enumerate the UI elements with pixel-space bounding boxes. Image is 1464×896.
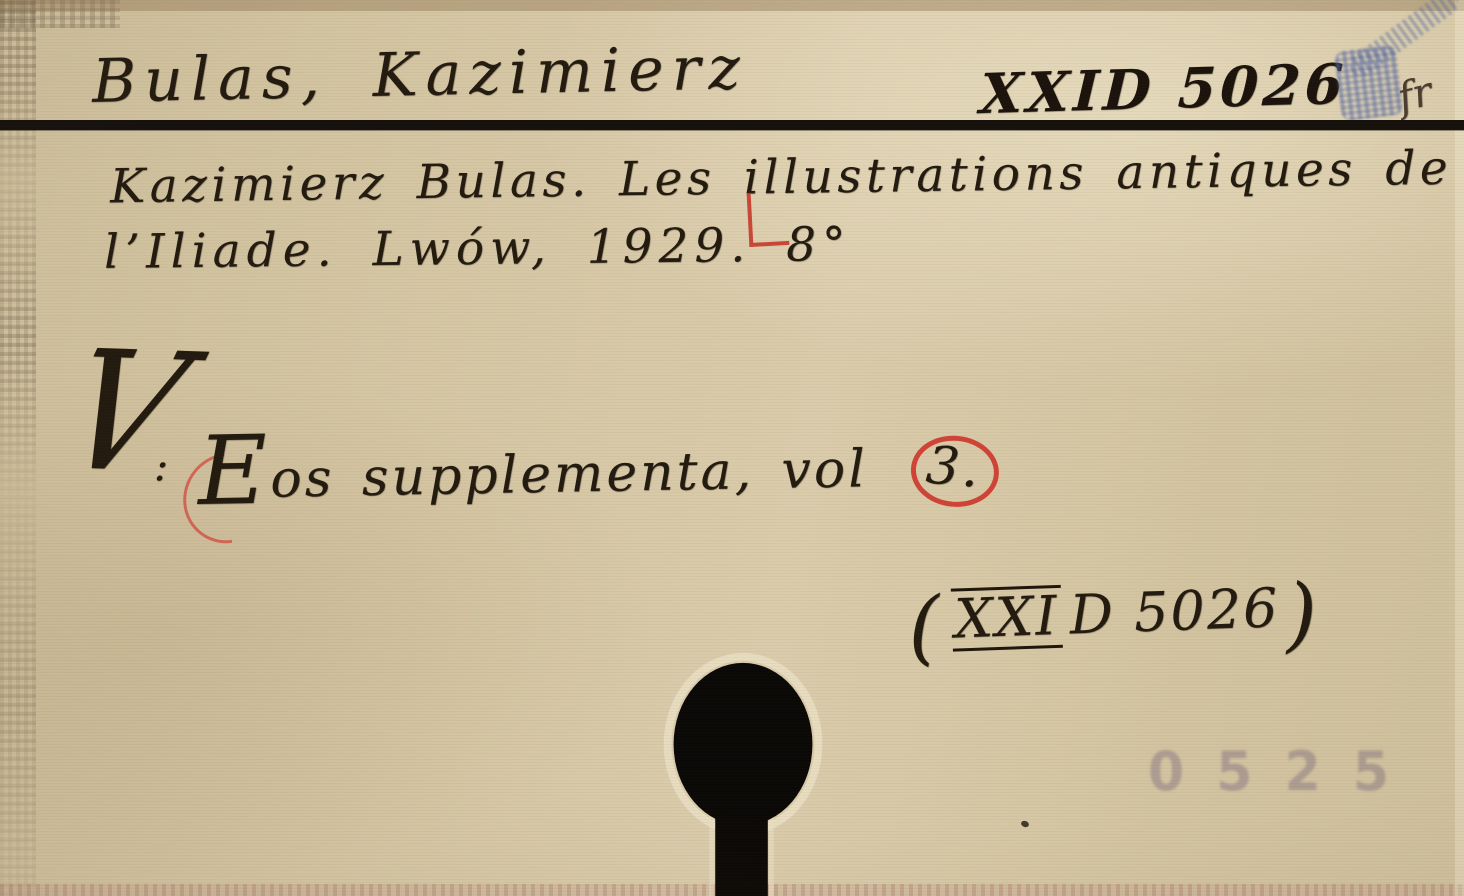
call-number: XXID 5026 (979, 51, 1349, 126)
series-prefix: V : (67, 336, 180, 490)
catalog-card-scan: Bulas, Kazimierz XXID 5026 fr Kazimierz … (0, 0, 1464, 896)
title-line-2: l’Iliade. Lwów, 1929. 8° (104, 217, 852, 280)
classmark-roman: XXI (950, 585, 1062, 651)
series-initial: E (197, 416, 271, 527)
scan-corner-noise (0, 0, 120, 28)
shelf-note: (XXID 5026) (906, 567, 1320, 675)
shelf-number: D 5026 (1068, 576, 1280, 646)
volume-red-circle: 3. (908, 432, 1001, 510)
faint-number-stamp: 0 5 2 5 (1148, 741, 1396, 804)
rod-hole (655, 648, 835, 896)
author-heading: Bulas, Kazimierz (91, 33, 748, 117)
close-paren: ) (1284, 567, 1321, 662)
open-paren: ( (906, 580, 943, 675)
series-prefix-colon: : (153, 441, 169, 490)
series-text-rest: os supplementa, vol (270, 439, 868, 509)
scan-edge-left (0, 0, 36, 896)
corner-annotation: fr (1393, 69, 1437, 122)
ink-dot (1020, 820, 1030, 828)
stamp-streak (1345, 0, 1463, 81)
series-reference: Eos supplementa, vol 3. (197, 435, 999, 520)
heading-rule (0, 120, 1464, 130)
scan-edge-top (0, 0, 1464, 11)
volume-number: 3. (924, 435, 985, 500)
series-prefix-letter: V (47, 329, 202, 496)
scan-edge-right (1455, 0, 1464, 896)
